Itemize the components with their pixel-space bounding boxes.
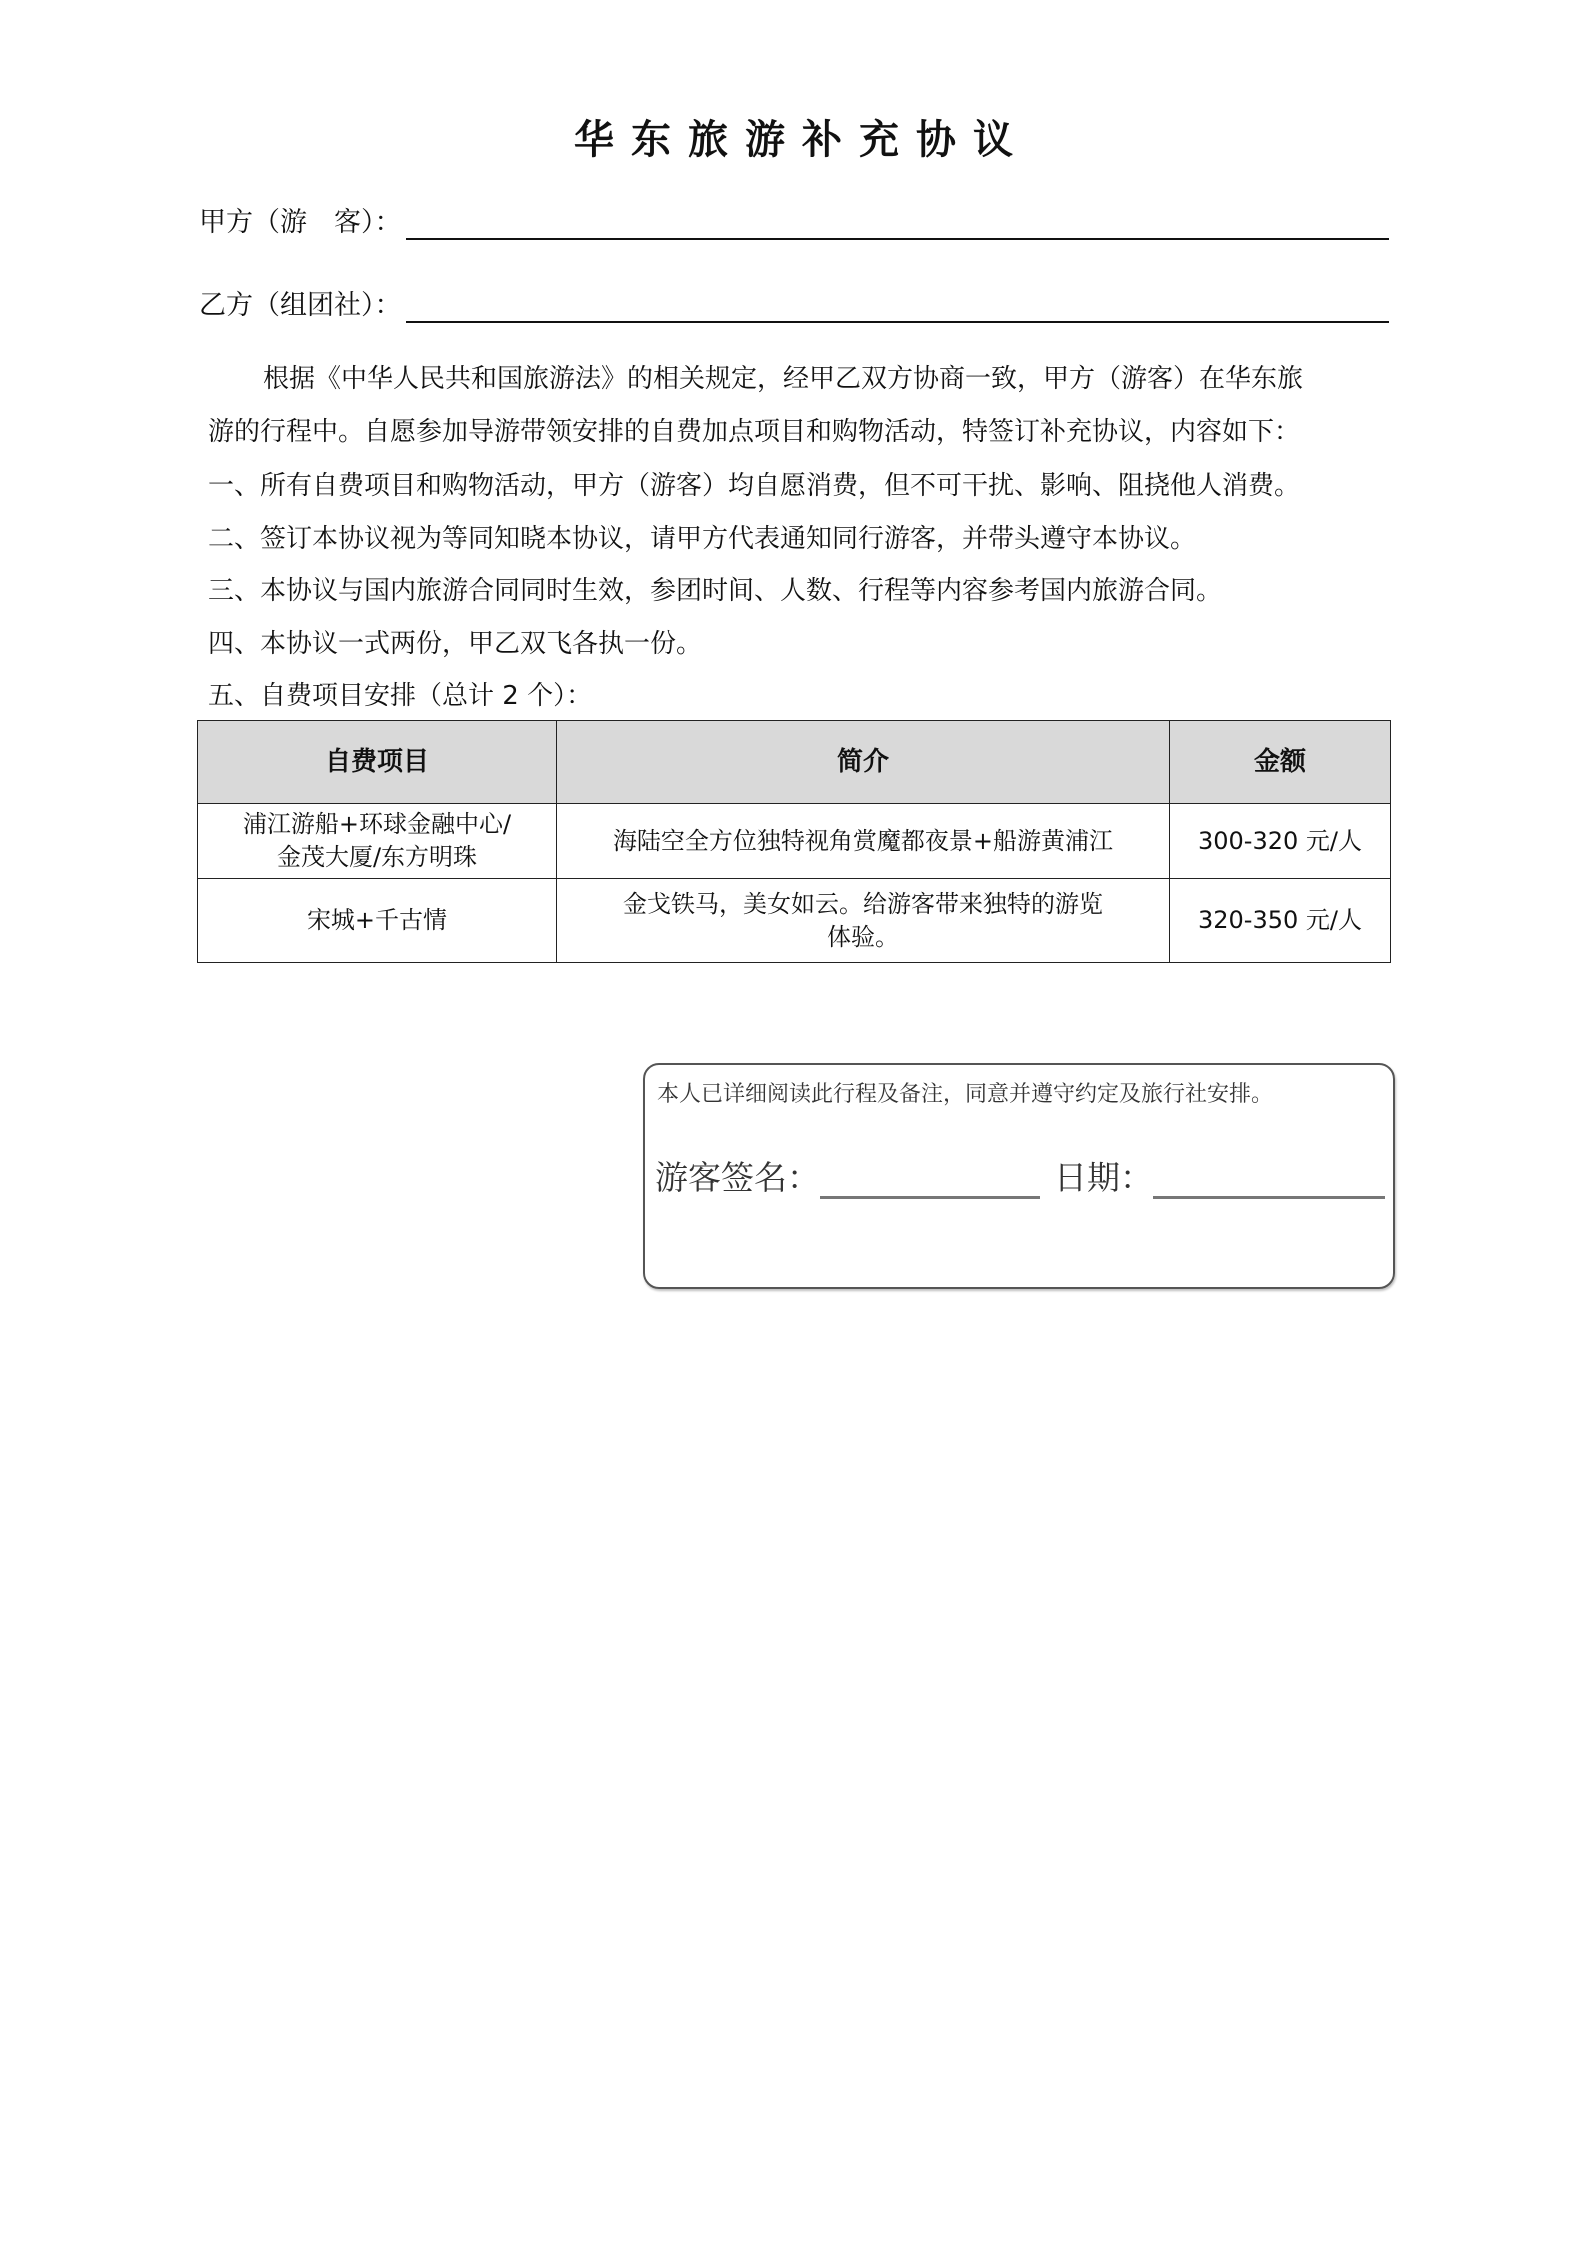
clause-2: 二、签订本协议视为等同知晓本协议，请甲方代表通知同行游客，并带头遵守本协议。 bbox=[208, 513, 1393, 566]
header-item: 自费项目 bbox=[198, 721, 557, 804]
table-row: 浦江游船+环球金融中心/ 金茂大厦/东方明珠 海陆空全方位独特视角赏魔都夜景+船… bbox=[198, 804, 1391, 879]
description-cell: 金戈铁马，美女如云。给游客带来独特的游览 体验。 bbox=[557, 879, 1170, 963]
clause-4: 四、本协议一式两份，甲乙双飞各执一份。 bbox=[208, 618, 1393, 671]
description-cell: 海陆空全方位独特视角赏魔都夜景+船游黄浦江 bbox=[557, 804, 1170, 879]
date-label: 日期： bbox=[1054, 1152, 1153, 1199]
signature-box: 本人已详细阅读此行程及备注，同意并遵守约定及旅行社安排。 游客签名： 日期： bbox=[643, 1063, 1395, 1289]
header-description: 简介 bbox=[557, 721, 1170, 804]
party-a-blank-line[interactable] bbox=[406, 208, 1390, 240]
intro-paragraph-line-1: 根据《中华人民共和国旅游法》的相关规定，经甲乙双方协商一致，甲方（游客）在华东旅 bbox=[208, 353, 1393, 406]
party-a-field: 甲方（游 客）： bbox=[199, 200, 1389, 240]
optional-items-table: 自费项目 简介 金额 浦江游船+环球金融中心/ 金茂大厦/东方明珠 海陆空全方位… bbox=[197, 720, 1391, 963]
price-cell: 320-350 元/人 bbox=[1170, 879, 1391, 963]
clause-1: 一、所有自费项目和购物活动，甲方（游客）均自愿消费，但不可干扰、影响、阻挠他人消… bbox=[208, 460, 1393, 513]
table-row: 宋城+千古情 金戈铁马，美女如云。给游客带来独特的游览 体验。 320-350 … bbox=[198, 879, 1391, 963]
tourist-signature-blank[interactable] bbox=[820, 1152, 1040, 1199]
item-cell: 宋城+千古情 bbox=[198, 879, 557, 963]
party-a-label: 甲方（游 客）： bbox=[199, 206, 402, 240]
table-header-row: 自费项目 简介 金额 bbox=[198, 721, 1391, 804]
date-blank[interactable] bbox=[1153, 1152, 1385, 1199]
clause-5: 五、自费项目安排（总计 2 个）： bbox=[208, 670, 1393, 723]
tourist-signature-label: 游客签名： bbox=[655, 1152, 820, 1199]
document-title: 华东旅游补充协议 bbox=[0, 112, 1587, 168]
price-cell: 300-320 元/人 bbox=[1170, 804, 1391, 879]
party-b-blank-line[interactable] bbox=[406, 291, 1390, 323]
signature-row: 游客签名： 日期： bbox=[655, 1143, 1385, 1199]
party-b-field: 乙方（组团社）： bbox=[199, 283, 1389, 323]
intro-paragraph-line-2: 游的行程中。自愿参加导游带领安排的自费加点项目和购物活动，特签订补充协议，内容如… bbox=[208, 406, 1393, 459]
item-cell: 浦江游船+环球金融中心/ 金茂大厦/东方明珠 bbox=[198, 804, 557, 879]
party-b-label: 乙方（组团社）： bbox=[199, 289, 402, 323]
signature-note: 本人已详细阅读此行程及备注，同意并遵守约定及旅行社安排。 bbox=[657, 1079, 1273, 1111]
clause-3: 三、本协议与国内旅游合同同时生效，参团时间、人数、行程等内容参考国内旅游合同。 bbox=[208, 565, 1393, 618]
header-price: 金额 bbox=[1170, 721, 1391, 804]
